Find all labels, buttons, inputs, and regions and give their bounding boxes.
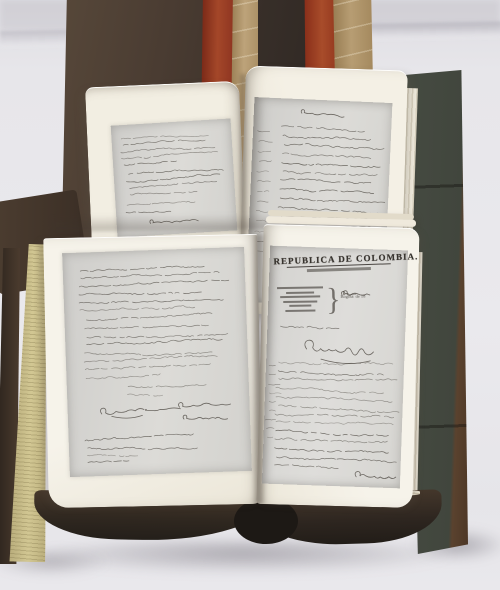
office-line [283, 300, 317, 303]
office-line [286, 291, 314, 293]
printed-letterhead: REPUBLICA DE COLOMBIA. [273, 252, 403, 273]
letterhead-office-row: } Bogotá de 18 [274, 283, 403, 321]
letterhead-brace: } [326, 283, 341, 317]
front-left-facsimile-letter [62, 247, 252, 477]
office-name-block [274, 284, 326, 311]
office-line [285, 309, 315, 312]
front-book-spine-gap [234, 498, 298, 544]
office-line [277, 286, 323, 289]
letterhead-year: de 18 [356, 294, 366, 299]
photo-of-open-books: REPUBLICA DE COLOMBIA. } Bogotá de 18 [0, 0, 500, 590]
letterhead-subtitle-bar [307, 267, 371, 272]
front-right-facsimile-document: REPUBLICA DE COLOMBIA. } Bogotá de 18 [262, 246, 408, 489]
letterhead-date-line: Bogotá de 18 [340, 284, 365, 299]
office-line [280, 295, 320, 298]
office-line [289, 305, 311, 307]
handwritten-year-digits [340, 287, 356, 299]
handwriting-facsimile [62, 247, 252, 477]
handwriting-body [262, 318, 406, 489]
